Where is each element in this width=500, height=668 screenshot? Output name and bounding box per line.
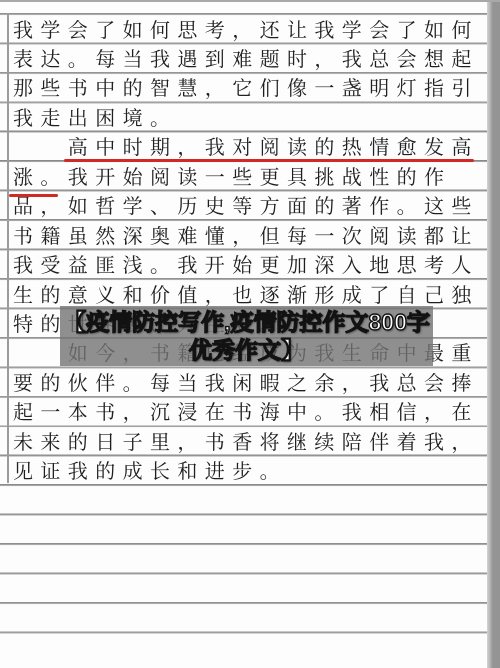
red-underline-1 <box>64 159 474 162</box>
essay-line-6: 涨。我开始阅读一些更具挑战性的作 <box>0 164 487 192</box>
essay-line-7: 品，如哲学、历史等方面的著作。这些 <box>0 193 487 221</box>
essay-line-16: 见证我的成长和进步。 <box>0 458 487 486</box>
essay-line-2: 表达。每当我遇到难题时，我总会想起 <box>0 46 487 74</box>
essay-line-8: 书籍虽然深奥难懂，但每一次阅读都让 <box>0 223 487 251</box>
essay-line-15: 未来的日子里，书香将继续陪伴着我， <box>0 429 487 457</box>
scrollbar-track[interactable] <box>487 2 500 668</box>
essay-line-1: 我学会了如何思考，还让我学会了如何 <box>0 17 487 45</box>
essay-line-3: 那些书中的智慧，它们像一盏明灯指引 <box>0 75 487 103</box>
notebook-page: 我学会了如何思考，还让我学会了如何 表达。每当我遇到难题时，我总会想起 那些书中… <box>0 0 500 668</box>
red-underline-2 <box>9 194 58 197</box>
watermark-line-1: 【疫情防控写作,疫情防控作文800字 <box>63 308 430 336</box>
essay-line-4: 我走出困境。 <box>0 105 487 133</box>
watermark-overlay: 【疫情防控写作,疫情防控作文800字 优秀作文】 <box>60 306 433 366</box>
essay-line-13: 要的伙伴。每当我闲暇之余，我总会捧 <box>0 370 487 398</box>
watermark-line-2: 优秀作文】 <box>189 336 304 364</box>
essay-line-14: 起一本书，沉浸在书海中。我相信，在 <box>0 399 487 427</box>
essay-line-9: 我受益匪浅。我开始更加深入地思考人 <box>0 252 487 280</box>
